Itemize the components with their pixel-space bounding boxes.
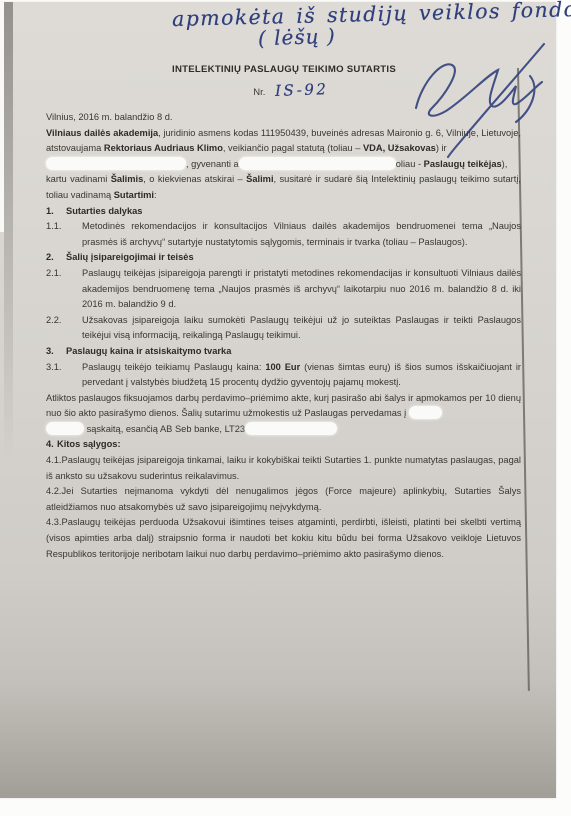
handwritten-note-line2: ( lėšų ) bbox=[258, 24, 336, 51]
kartu-bold: Šalimi bbox=[246, 174, 273, 184]
party-alias-provider: Paslaugų teikėjas bbox=[424, 159, 502, 169]
scan-background: apmokėta iš studijų veiklos fondo ( lėšų… bbox=[0, 0, 571, 816]
clause-text: Paslaugų teikėjo teikiamų Paslaugų kaina… bbox=[82, 362, 265, 372]
kartu-text: , o kiekvienas atskirai – bbox=[143, 174, 246, 184]
handwritten-note-line1: apmokėta iš studijų veiklos fondo bbox=[172, 0, 571, 31]
price-value: 100 Eur bbox=[265, 362, 300, 372]
contract-number-row: Nr. IS-92 bbox=[0, 81, 556, 99]
clause-text: Paslaugų teikėjas įsipareigoja parengti … bbox=[82, 268, 521, 309]
number-label: Nr. bbox=[253, 87, 265, 98]
payment-text: sąskaitą, esančią AB Seb banke, LT23 bbox=[84, 424, 245, 434]
clause-text: Užsakovas įsipareigoja laiku sumokėti Pa… bbox=[82, 315, 521, 341]
document-title: INTELEKTINIŲ PASLAUGŲ TEIKIMO SUTARTIS bbox=[0, 64, 556, 75]
section-number: 2. bbox=[46, 250, 66, 266]
section-3-heading: 3.Paslaugų kaina ir atsiskaitymo tvarka bbox=[46, 344, 521, 360]
party-text: , gyvenanti a bbox=[186, 159, 239, 169]
section-title: Sutarties dalykas bbox=[66, 206, 142, 216]
kartu-text: : bbox=[154, 190, 157, 200]
document-body: Vilnius, 2016 m. balandžio 8 d. Vilniaus… bbox=[0, 110, 556, 562]
document-page: apmokėta iš studijų veiklos fondo ( lėšų… bbox=[0, 2, 556, 798]
section-1-heading: 1.Sutarties dalykas bbox=[46, 204, 521, 220]
party-text: ), bbox=[502, 159, 508, 169]
payment-text: Atliktos paslaugos fiksuojamos darbų per… bbox=[46, 393, 521, 419]
redaction-box bbox=[46, 422, 84, 435]
section-number: 3. bbox=[46, 344, 66, 360]
clause-number: 2.2. bbox=[46, 313, 82, 329]
clause-4-2: 4.2.Jei Sutarties neįmanoma vykdyti dėl … bbox=[46, 484, 521, 515]
redaction-box bbox=[245, 422, 337, 435]
kartu-text: kartu vadinami bbox=[46, 174, 111, 184]
redaction-box bbox=[409, 406, 442, 419]
parties-paragraph: Vilniaus dailės akademija, juridinio asm… bbox=[46, 126, 521, 173]
section-number: 4. bbox=[46, 437, 57, 453]
section-title: Paslaugų kaina ir atsiskaitymo tvarka bbox=[66, 346, 231, 356]
party-text: ) ir bbox=[436, 143, 447, 153]
kartu-bold: Šalimis bbox=[111, 174, 144, 184]
section-2-heading: 2.Šalių įsipareigojimai ir teisės bbox=[46, 250, 521, 266]
party-rector-name: Rektoriaus Audriaus Klimo bbox=[104, 143, 223, 153]
clause-number: 1.1. bbox=[46, 219, 82, 235]
clause-1-1: 1.1.Metodinės rekomendacijos ir konsulta… bbox=[46, 219, 521, 250]
joint-definition-paragraph: kartu vadinami Šalimis, o kiekvienas ats… bbox=[46, 172, 521, 203]
clause-2-2: 2.2.Užsakovas įsipareigoja laiku sumokėt… bbox=[46, 313, 521, 344]
party-text: oliau - bbox=[396, 159, 424, 169]
section-title: Kitos sąlygos: bbox=[57, 439, 121, 449]
party-alias-client: VDA, Užsakovas bbox=[363, 143, 436, 153]
party-text: , veikiančio pagal statutą (toliau – bbox=[223, 143, 363, 153]
handwritten-contract-number: IS-92 bbox=[275, 80, 329, 100]
clause-4-3: 4.3.Paslaugų teikėjas perduoda Užsakovui… bbox=[46, 515, 521, 562]
section-title: Šalių įsipareigojimai ir teisės bbox=[66, 252, 194, 262]
clause-2-1: 2.1.Paslaugų teikėjas įsipareigoja paren… bbox=[46, 266, 521, 313]
clause-number: 2.1. bbox=[46, 266, 82, 282]
section-number: 1. bbox=[46, 204, 66, 220]
kartu-bold: Sutartimi bbox=[114, 190, 154, 200]
section-4-heading: 4.Kitos sąlygos: bbox=[46, 437, 521, 453]
clause-number: 3.1. bbox=[46, 360, 82, 376]
clause-text: Metodinės rekomendacijos ir konsultacijo… bbox=[82, 221, 521, 247]
date-line: Vilnius, 2016 m. balandžio 8 d. bbox=[46, 110, 521, 126]
party-client-name: Vilniaus dailės akademija bbox=[46, 128, 158, 138]
redaction-box bbox=[46, 157, 186, 170]
clause-3-1: 3.1.Paslaugų teikėjo teikiamų Paslaugų k… bbox=[46, 360, 521, 391]
payment-paragraph: Atliktos paslaugos fiksuojamos darbų per… bbox=[46, 391, 521, 438]
clause-4-1: 4.1.Paslaugų teikėjas įsipareigoja tinka… bbox=[46, 453, 521, 484]
redaction-box bbox=[239, 157, 396, 170]
